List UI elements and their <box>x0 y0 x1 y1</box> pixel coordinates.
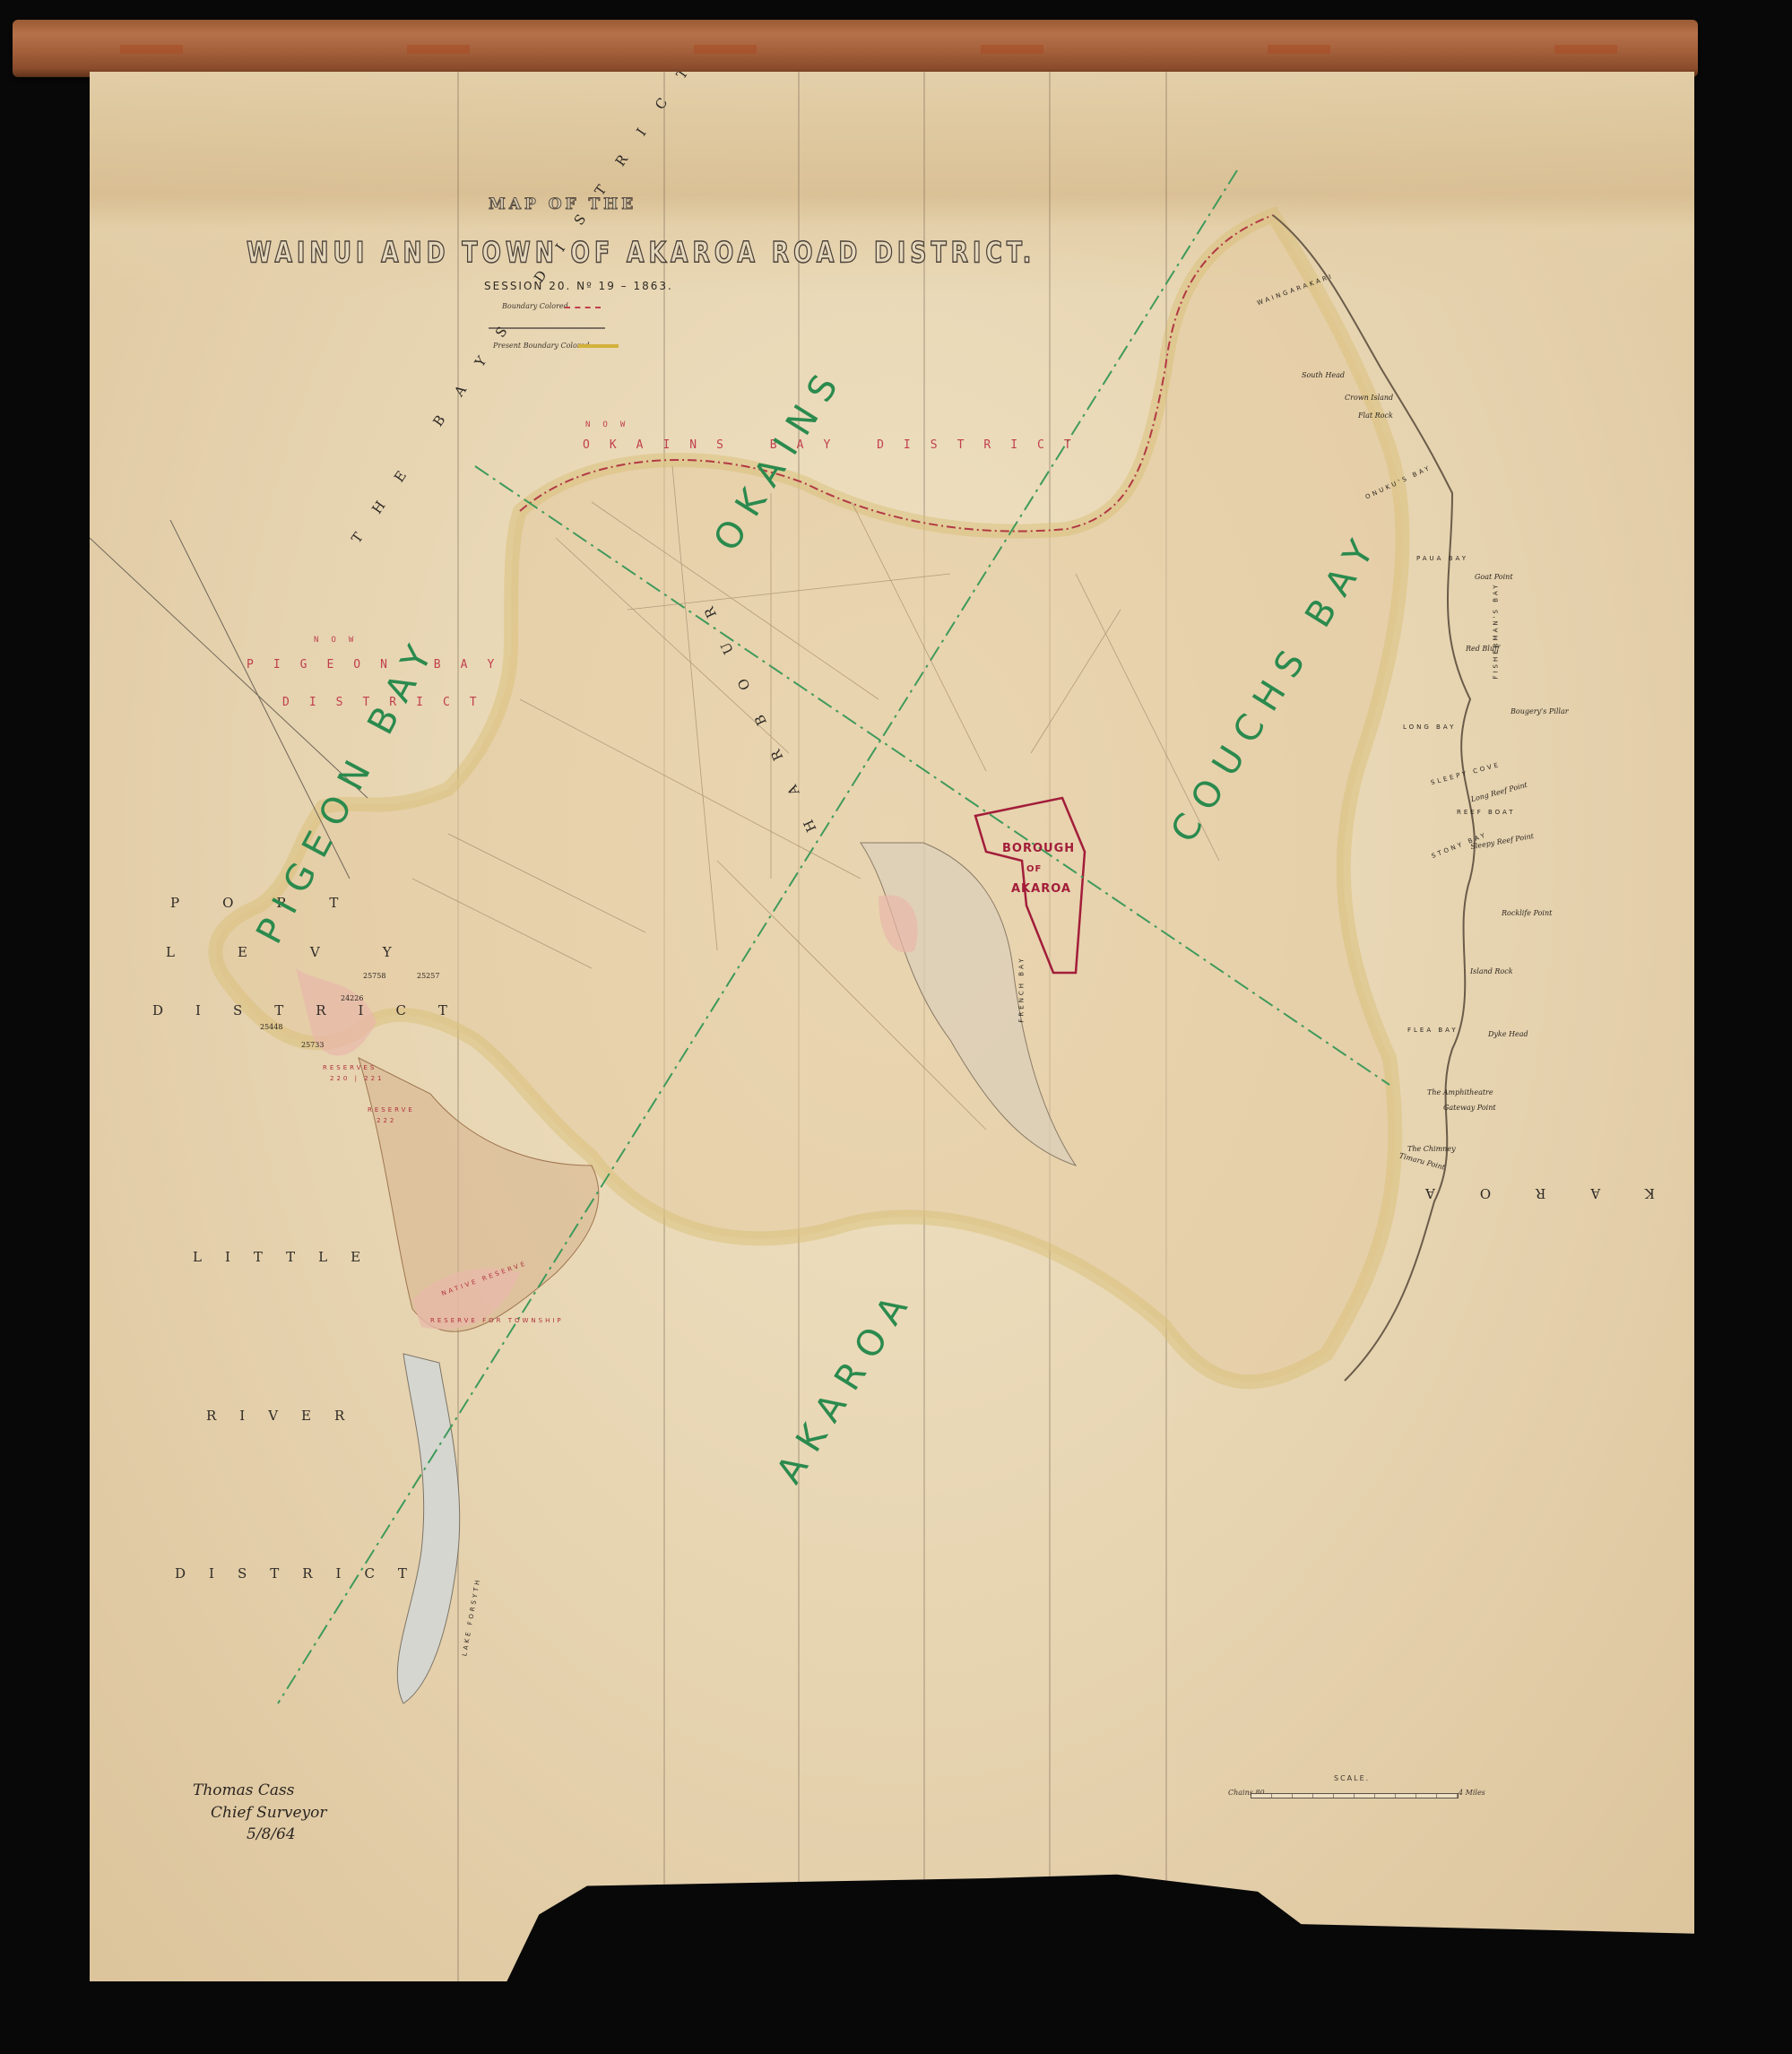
levy-label: LEVY <box>166 946 454 959</box>
okains-now-label: NOW <box>585 421 637 429</box>
lake-forsyth <box>397 1354 459 1703</box>
akaroa-district-label: AKAROA <box>1381 1186 1710 1200</box>
pigeon-bay-label: PIGEON BAY <box>247 659 514 671</box>
coast-feature: LONG BAY <box>1403 724 1456 731</box>
coast-feature: Rocklife Point <box>1502 910 1552 917</box>
title-line1: MAP OF THE <box>489 197 636 212</box>
coast-feature: PAUA BAY <box>1416 556 1468 562</box>
coast-feature: Bougery's Pillar <box>1511 708 1569 715</box>
reserves-label: RESERVES <box>323 1065 377 1071</box>
reserve-number: 222 <box>377 1118 396 1124</box>
session-number: SESSION 20. Nº 19 – 1863. <box>484 281 673 291</box>
signature-title: Chief Surveyor <box>193 1802 327 1824</box>
okains-bay-district-label: OKAINS BAY DISTRICT <box>583 439 1091 451</box>
river-label: RIVER <box>206 1409 368 1423</box>
map-title: WAINUI AND TOWN OF AKAROA ROAD DISTRICT. <box>247 238 1035 267</box>
section-number: 25758 <box>363 973 385 980</box>
scale-bar <box>1251 1793 1459 1798</box>
scale-title: SCALE. <box>1334 1775 1370 1782</box>
coast-feature: REEF BOAT <box>1457 810 1516 816</box>
pigeon-now-label: NOW <box>314 637 366 645</box>
wooden-roller <box>13 20 1698 77</box>
coast-feature: Crown Island <box>1345 394 1393 402</box>
french-bay-label: FRENCH BAY <box>1019 956 1026 1022</box>
section-number: 24226 <box>341 995 363 1002</box>
signature-date: 5/8/64 <box>193 1824 327 1846</box>
signature-name: Thomas Cass <box>193 1780 327 1802</box>
borough-of-label: OF <box>1026 865 1042 874</box>
legend-swatch-red <box>565 307 601 308</box>
little-label: LITTLE <box>193 1251 384 1264</box>
coast-feature: The Amphitheatre <box>1427 1089 1493 1096</box>
coast-feature: FLEA BAY <box>1407 1027 1459 1034</box>
port-levy-district-label: DISTRICT <box>152 1004 480 1018</box>
township-reserve-label: RESERVE FOR TOWNSHIP <box>430 1318 564 1324</box>
coast-feature: South Head <box>1302 372 1345 379</box>
coast-feature: Dyke Head <box>1488 1031 1528 1038</box>
reserves-numbers: 220 | 221 <box>330 1076 385 1082</box>
signature: Thomas Cass Chief Surveyor 5/8/64 <box>193 1780 327 1846</box>
coast-feature: The Chimney <box>1407 1146 1456 1153</box>
coast-feature: Flat Rock <box>1358 412 1393 420</box>
reserve-label: RESERVE <box>368 1107 415 1114</box>
legend-swatch-yellow <box>578 344 619 348</box>
section-number: 25733 <box>301 1042 324 1049</box>
map-sheet: MAP OF THE WAINUI AND TOWN OF AKAROA ROA… <box>90 72 1694 1981</box>
scale-end-label: 4 Miles <box>1459 1790 1485 1797</box>
coast-feature: Red Bluff <box>1466 646 1500 653</box>
coast-feature: FISHERMAN'S BAY <box>1493 582 1500 679</box>
borough-label: BOROUGH <box>1002 843 1075 854</box>
coast-feature: Island Rock <box>1470 968 1513 975</box>
section-number: 25448 <box>260 1024 282 1031</box>
coast-feature: Goat Point <box>1475 574 1513 581</box>
little-river-district-label: DISTRICT <box>175 1567 430 1581</box>
coast-feature: Gateway Point <box>1443 1105 1496 1112</box>
section-number: 25257 <box>417 973 439 980</box>
legend-label: Present Boundary Colored <box>493 342 589 350</box>
borough-akaroa-label: AKAROA <box>1011 883 1071 895</box>
